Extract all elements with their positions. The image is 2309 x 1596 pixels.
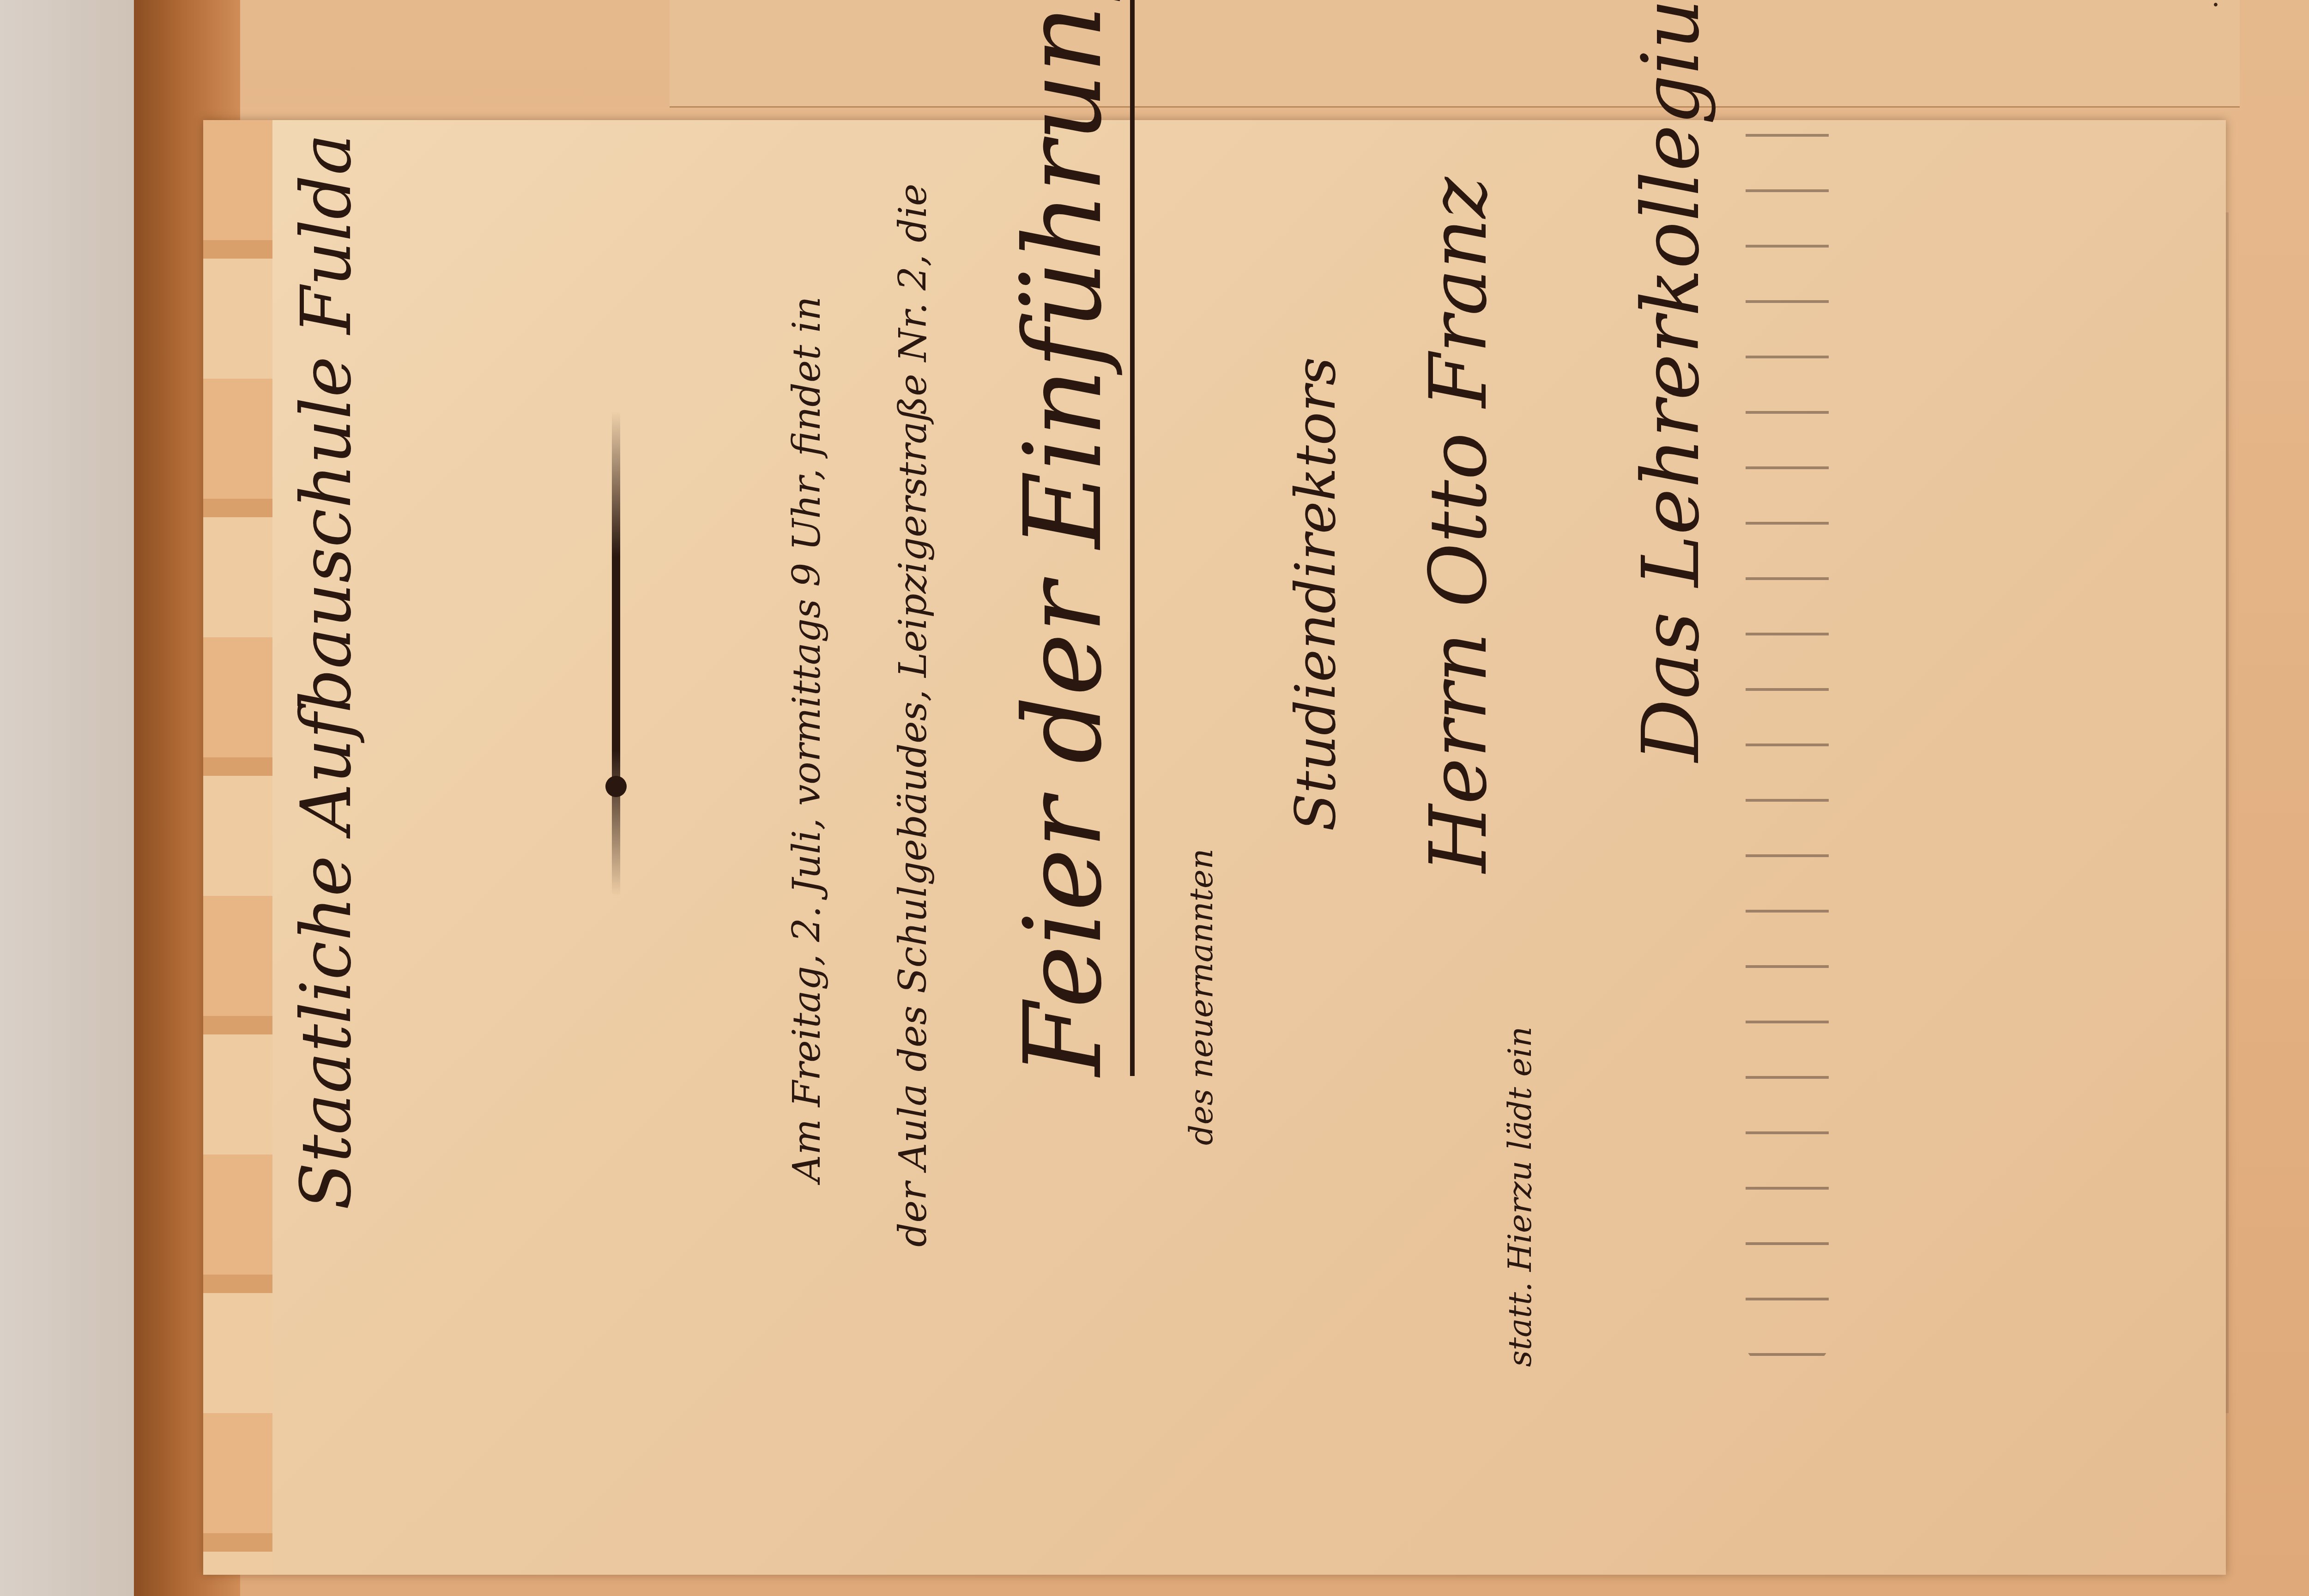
rank-line: Studiendirektors bbox=[1284, 357, 1348, 831]
handwritten-annotation: [handwritten pencil annotation in Kurren… bbox=[1746, 115, 1829, 1362]
invite-line: statt. Hierzu lädt ein bbox=[1501, 1027, 1539, 1367]
signature-line: Das Lehrerkollegium. bbox=[1626, 0, 1717, 762]
event-title: Feier der Einführung bbox=[1002, 0, 1135, 1076]
divider-ornament bbox=[612, 411, 620, 896]
divider-ornament-dot bbox=[605, 776, 627, 797]
des-line: des neuernannten bbox=[1182, 848, 1220, 1145]
location-line: der Aula des Schulgebäudes, Leipzigerstr… bbox=[891, 184, 935, 1247]
school-name: Staatliche Aufbauschule Fulda bbox=[286, 134, 367, 1210]
honoree-name: Herrn Otto Franz bbox=[1413, 177, 1505, 873]
date-line: Am Freitag, 2. Juli, vormittags 9 Uhr, f… bbox=[785, 296, 829, 1182]
printed-text: Staatliche Aufbauschule Fulda Am Freitag… bbox=[0, 0, 2309, 1596]
